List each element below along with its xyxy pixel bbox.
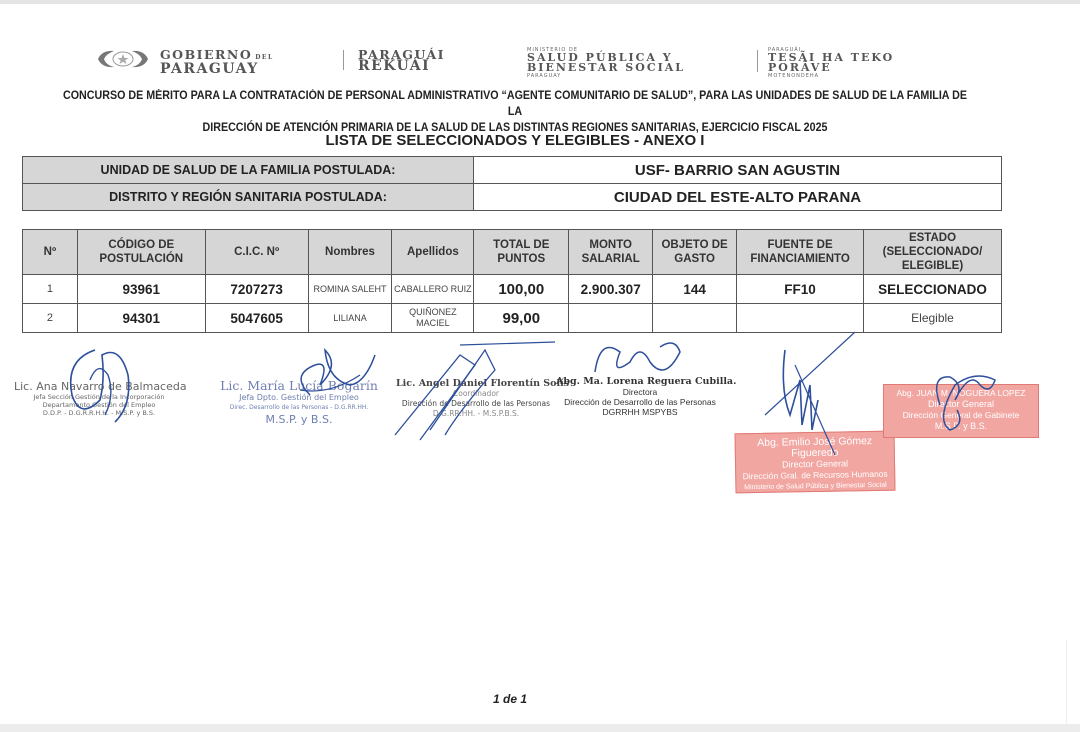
cell-cic: 5047605 (205, 304, 308, 333)
handwritten-signature-icon (60, 340, 140, 430)
cell-puntos: 100,00 (474, 275, 569, 304)
cell-objeto (653, 304, 737, 333)
cell-objeto: 144 (653, 275, 737, 304)
cell-n: 2 (23, 304, 78, 333)
handwritten-signature-icon (585, 332, 685, 382)
cell-monto (569, 304, 653, 333)
top-border (0, 0, 1080, 4)
cell-puntos: 99,00 (474, 304, 569, 333)
col-header-nombres: Nombres (308, 230, 392, 275)
handwritten-signature-icon (390, 340, 560, 445)
table-row: 1 93961 7207273 ROMINA SALEHT CABALLERO … (23, 275, 1002, 304)
cell-fuente (737, 304, 864, 333)
bottom-border (0, 724, 1080, 732)
col-header-fuente: FUENTE DE FINANCIAMIENTO (737, 230, 864, 275)
cell-estado: Elegible (864, 304, 1002, 333)
cell-nombres: ROMINA SALEHT (308, 275, 392, 304)
paraguai-rekuai-logo: PARAGUÁI REKUÁI (358, 50, 445, 71)
handwritten-signature-icon (925, 365, 1005, 435)
table-row: 2 94301 5047605 LILIANA QUIÑONEZ MACIEL … (23, 304, 1002, 333)
table-header-row: Nº CÓDIGO DE POSTULACIÓN C.I.C. Nº Nombr… (23, 230, 1002, 275)
gn2-line2: PORÃVE (768, 63, 894, 73)
selection-table: Nº CÓDIGO DE POSTULACIÓN C.I.C. Nº Nombr… (22, 229, 1002, 333)
logo-divider-2 (757, 50, 758, 72)
cell-codigo: 93961 (77, 275, 205, 304)
gov-del: DEL (255, 54, 274, 61)
signature-block-4: Abg. Ma. Lorena Reguera Cubilla. Directo… (556, 376, 724, 417)
page-number: 1 de 1 (480, 692, 540, 706)
crest-icon (94, 48, 152, 70)
gobierno-logo: GOBIERNODEL PARAGUAY (160, 50, 274, 74)
right-edge (1066, 640, 1067, 724)
cell-cic: 7207273 (205, 275, 308, 304)
col-header-n: Nº (23, 230, 78, 275)
info-row-district: DISTRITO Y REGIÓN SANITARIA POSTULADA: C… (23, 184, 1002, 211)
gov-line2: PARAGUAY (160, 64, 274, 74)
col-header-cic: C.I.C. Nº (205, 230, 308, 275)
district-value: CIUDAD DEL ESTE-ALTO PARANA (474, 184, 1002, 211)
cell-apellidos: CABALLERO RUIZ (392, 275, 474, 304)
cell-monto: 2.900.307 (569, 275, 653, 304)
tesai-logo: PARAGUÁI TESÃI HA TEKO PORÃVE MOTENONDEH… (768, 47, 894, 79)
info-row-usf: UNIDAD DE SALUD DE LA FAMILIA POSTULADA:… (23, 157, 1002, 184)
logo-divider (343, 50, 344, 70)
handwritten-signature-icon (270, 345, 380, 405)
ms-line2: BIENESTAR SOCIAL (527, 63, 685, 73)
col-header-estado: ESTADO (SELECCIONADO/ ELEGIBLE) (864, 230, 1002, 275)
col-header-puntos: TOTAL DE PUNTOS (474, 230, 569, 275)
handwritten-signature-icon (760, 330, 860, 460)
usf-value: USF- BARRIO SAN AGUSTIN (474, 157, 1002, 184)
title-line1: CONCURSO DE MÉRITO PARA LA CONTRATACIÓN … (55, 88, 976, 120)
document-title: CONCURSO DE MÉRITO PARA LA CONTRATACIÓN … (55, 88, 976, 136)
cell-estado: SELECCIONADO (864, 275, 1002, 304)
cell-fuente: FF10 (737, 275, 864, 304)
signatory-title: Directora Dirección de Desarrollo de las… (556, 387, 724, 417)
gov-line1: GOBIERNO (160, 47, 252, 62)
usf-label: UNIDAD DE SALUD DE LA FAMILIA POSTULADA: (23, 157, 474, 184)
cell-codigo: 94301 (77, 304, 205, 333)
district-label: DISTRITO Y REGIÓN SANITARIA POSTULADA: (23, 184, 474, 211)
col-header-objeto: OBJETO DE GASTO (653, 230, 737, 275)
col-header-codigo: CÓDIGO DE POSTULACIÓN (77, 230, 205, 275)
col-header-monto: MONTO SALARIAL (569, 230, 653, 275)
ministerio-logo: MINISTERIO DE SALUD PÚBLICA Y BIENESTAR … (527, 47, 685, 79)
info-table: UNIDAD DE SALUD DE LA FAMILIA POSTULADA:… (22, 156, 1002, 211)
list-title: LISTA DE SELECCIONADOS Y ELEGIBLES - ANE… (20, 132, 1010, 149)
cell-n: 1 (23, 275, 78, 304)
gn-line2: REKUÁI (358, 61, 445, 71)
cell-nombres: LILIANA (308, 304, 392, 333)
col-header-apellidos: Apellidos (392, 230, 474, 275)
cell-apellidos: QUIÑONEZ MACIEL (392, 304, 474, 333)
